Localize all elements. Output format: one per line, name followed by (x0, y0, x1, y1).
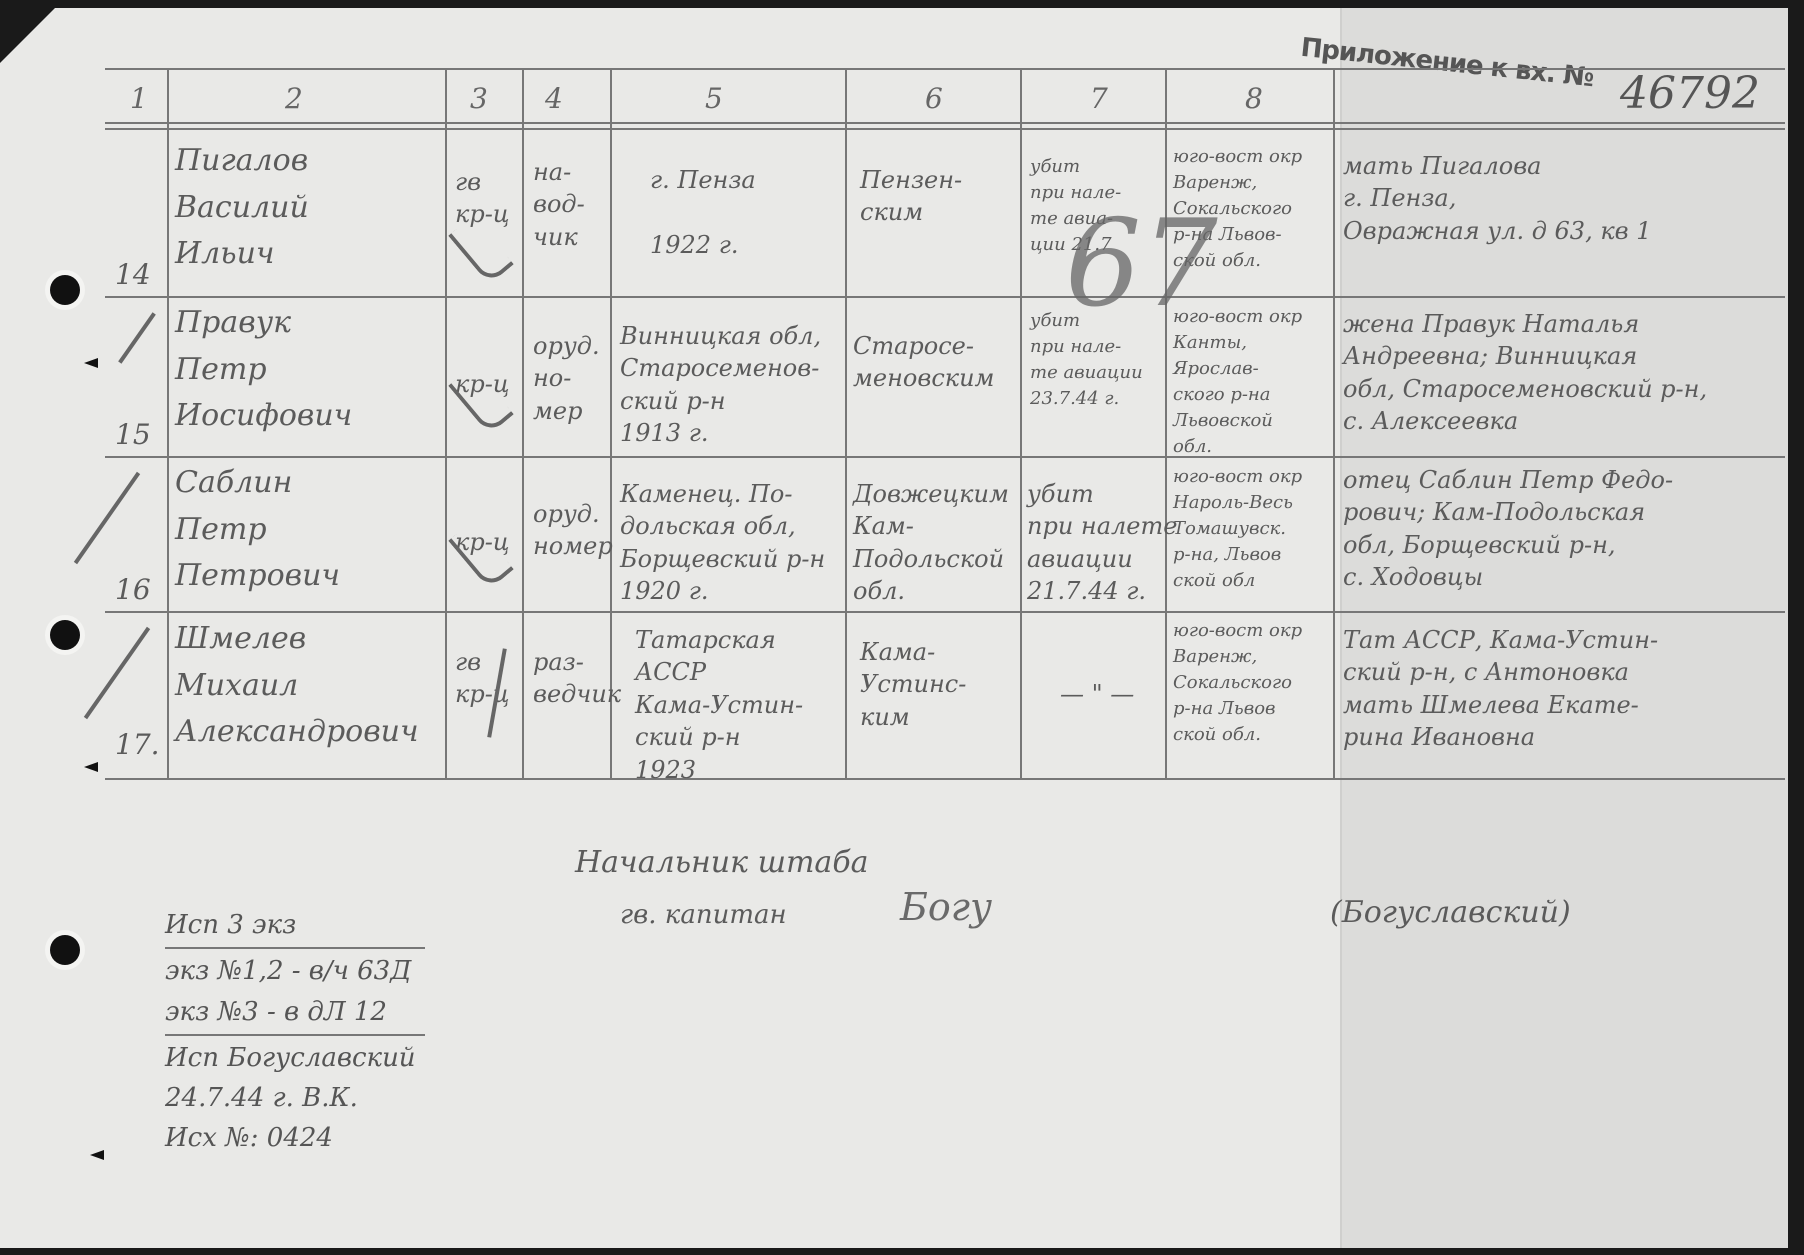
row-number: 14 (115, 258, 151, 291)
relatives: мать Пигалова г. Пенза, Овражная ул. д 6… (1343, 150, 1652, 247)
drafted-by: Пензен- ским (860, 164, 962, 229)
relatives: Тат АССР, Кама-Устин- ский р-н, с Антоно… (1343, 624, 1658, 754)
signature-rank: гв. капитан (620, 900, 787, 930)
soldier-rank: гв кр-ц (455, 166, 510, 231)
row-number: 17. (115, 728, 160, 761)
divider (165, 947, 425, 949)
punch-hole (50, 620, 80, 650)
punch-hole (50, 275, 80, 305)
soldier-name: Правук Петр Иосифович (175, 300, 352, 440)
column-number: 7 (1090, 82, 1108, 115)
signature-title: Начальник штаба (575, 845, 869, 880)
relatives: отец Саблин Петр Федо- рович; Кам-Подоль… (1343, 464, 1673, 594)
row-number: 15 (115, 418, 151, 451)
notes-line: Исп 3 экз (165, 905, 425, 945)
column-number: 8 (1245, 82, 1263, 115)
burial-place: юго-вост окр Нароль-Весь Томашувск. р-на… (1173, 464, 1302, 594)
notes-line: Исп Богуславский (165, 1038, 425, 1078)
soldier-position: оруд. номер (533, 498, 613, 563)
column-number: 5 (705, 82, 723, 115)
birthplace: Каменец. По- дольская обл, Борщевский р-… (620, 478, 825, 608)
soldier-name: Саблин Петр Петрович (175, 460, 340, 600)
drafted-by: Довжецким Кам- Подольской обл. (853, 478, 1009, 608)
soldier-name: Шмелев Михаил Александрович (175, 616, 419, 756)
notes-line: Исх №: 0424 (165, 1118, 425, 1158)
margin-annotation: 67 (1065, 195, 1218, 334)
distribution-notes: Исп 3 экз экз №1,2 - в/ч 63Д экз №3 - в … (165, 905, 425, 1159)
row-number: 16 (115, 573, 151, 606)
notes-line: экз №3 - в дЛ 12 (165, 992, 425, 1032)
relatives: жена Правук Наталья Андреевна; Винницкая… (1343, 308, 1707, 438)
column-number: 4 (545, 82, 563, 115)
divider (165, 1034, 425, 1036)
birthplace: г. Пенза 1922 г. (650, 164, 756, 261)
burial-place: юго-вост окр Варенж, Сокальского р-на Ль… (1173, 618, 1302, 748)
notes-line: экз №1,2 - в/ч 63Д (165, 951, 425, 991)
signature-scribble: Богу (900, 885, 992, 929)
punch-hole (50, 935, 80, 965)
soldier-name: Пигалов Василий Ильич (175, 138, 309, 278)
notes-line: 24.7.44 г. В.К. (165, 1078, 425, 1118)
signatory-name: (Богуславский) (1330, 895, 1571, 930)
margin-tick-icon (118, 312, 156, 363)
column-number: 6 (925, 82, 943, 115)
fate: убит при налете авиации 21.7.44 г. (1027, 478, 1177, 608)
casualty-table: 1 2 3 4 5 6 7 8 14 Пигалов Василий Ильич… (105, 68, 1785, 778)
drafted-by: Старосе- меновским (853, 330, 994, 395)
soldier-position: на- вод- чик (533, 156, 585, 253)
fate: — " — (1060, 678, 1134, 710)
drafted-by: Кама- Устинс- ким (860, 636, 966, 733)
column-number: 3 (470, 82, 488, 115)
column-number: 1 (130, 82, 148, 115)
soldier-position: раз- ведчик (533, 646, 621, 711)
soldier-position: оруд. но- мер (533, 330, 600, 427)
column-number: 2 (285, 82, 303, 115)
birthplace: Татарская АССР Кама-Устин- ский р-н 1923 (635, 624, 803, 786)
birthplace: Винницкая обл, Старосеменов- ский р-н 19… (620, 320, 821, 450)
